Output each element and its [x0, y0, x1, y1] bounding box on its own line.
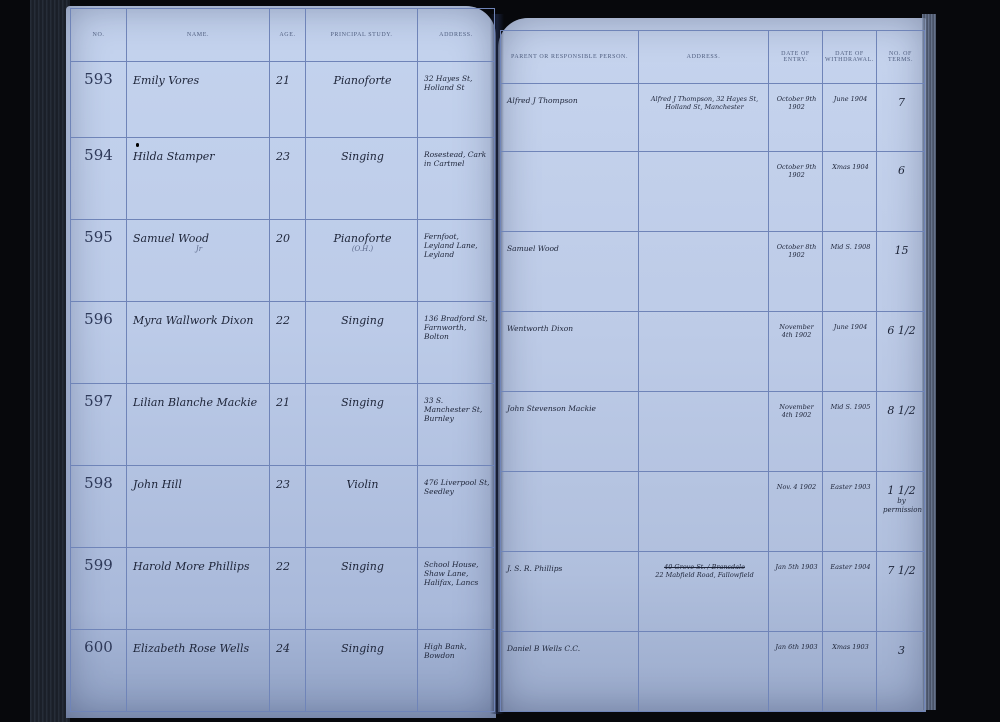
principal-study: Singing [341, 314, 384, 327]
parent-address: 22 Mabfield Road, Fallowfield [655, 571, 754, 579]
entry-number: 594 [71, 138, 127, 220]
parent-name: Wentworth Dixon [501, 312, 639, 392]
header-date-of-withdrawal: Date of Withdrawal. [823, 31, 877, 84]
no-of-terms-cell: 3 [877, 632, 925, 712]
header-principal-study: Principal Study. [306, 9, 418, 62]
student-name: Emily Vores [133, 74, 199, 87]
no-of-terms: 15 [895, 244, 909, 257]
right-page-register-table: Parent or Responsible Person. Address. D… [500, 30, 925, 712]
student-age: 23 [270, 466, 306, 548]
student-name-cell: John Hill [127, 466, 270, 548]
date-of-withdrawal: Easter 1903 [823, 472, 877, 552]
student-address: High Bank, Bowdon [418, 630, 495, 712]
header-no: No. [71, 9, 127, 62]
date-of-withdrawal: Easter 1904 [823, 552, 877, 632]
parent-address-cell [639, 152, 769, 232]
date-of-entry: October 8th 1902 [769, 232, 823, 312]
parent-address: Alfred J Thompson, 32 Hayes St, Holland … [651, 95, 758, 111]
parent-address-cell [639, 472, 769, 552]
student-address: 476 Liverpool St, Seedley [418, 466, 495, 548]
entry-number: 595 [71, 220, 127, 302]
principal-study-note: (O.H.) [312, 245, 413, 253]
no-of-terms-cell: 7 1/2 [877, 552, 925, 632]
student-name-suffix: Jr [133, 245, 265, 253]
date-of-withdrawal: Xmas 1903 [823, 632, 877, 712]
student-name-cell: Myra Wallwork Dixon [127, 302, 270, 384]
register-row-left: 596Myra Wallwork Dixon22Singing136 Bradf… [71, 302, 495, 384]
student-age: 20 [270, 220, 306, 302]
principal-study: Pianoforte [333, 74, 391, 87]
date-of-entry: November 4th 1902 [769, 392, 823, 472]
no-of-terms-note: by permission [883, 497, 920, 514]
register-row-right: Daniel B Wells C.C.Jan 6th 1903Xmas 1903… [501, 632, 925, 712]
principal-study-cell: Pianoforte(O.H.) [306, 220, 418, 302]
date-of-entry: Jan 6th 1903 [769, 632, 823, 712]
principal-study-cell: Singing [306, 384, 418, 466]
no-of-terms: 6 [898, 164, 905, 177]
no-of-terms-cell: 6 [877, 152, 925, 232]
student-name: Lilian Blanche Mackie [133, 396, 257, 409]
student-address: 136 Bradford St, Farnworth, Bolton [418, 302, 495, 384]
parent-name: John Stevenson Mackie [501, 392, 639, 472]
student-age: 24 [270, 630, 306, 712]
principal-study: Singing [341, 560, 384, 573]
student-name: Elizabeth Rose Wells [133, 642, 249, 655]
no-of-terms: 6 1/2 [887, 324, 915, 337]
student-age: 21 [270, 62, 306, 138]
no-of-terms-cell: 7 [877, 84, 925, 152]
header-name: Name. [127, 9, 270, 62]
student-age: 21 [270, 384, 306, 466]
date-of-withdrawal: Mid S. 1908 [823, 232, 877, 312]
principal-study-cell: Violin [306, 466, 418, 548]
student-age: 22 [270, 548, 306, 630]
entry-number: 599 [71, 548, 127, 630]
date-of-entry: October 9th 1902 [769, 84, 823, 152]
no-of-terms: 1 1/2 [887, 484, 915, 497]
student-address: 32 Hayes St, Holland St [418, 62, 495, 138]
principal-study: Singing [341, 396, 384, 409]
date-of-withdrawal: June 1904 [823, 84, 877, 152]
register-row-left: 593Emily Vores21Pianoforte32 Hayes St, H… [71, 62, 495, 138]
date-of-entry: November 4th 1902 [769, 312, 823, 392]
date-of-withdrawal: Xmas 1904 [823, 152, 877, 232]
student-address: 33 S. Manchester St, Burnley [418, 384, 495, 466]
no-of-terms-cell: 1 1/2by permission [877, 472, 925, 552]
entry-number: 597 [71, 384, 127, 466]
parent-name: J. S. R. Phillips [501, 552, 639, 632]
no-of-terms: 7 [898, 96, 905, 109]
principal-study-cell: Singing [306, 138, 418, 220]
register-row-left: 600Elizabeth Rose Wells24SingingHigh Ban… [71, 630, 495, 712]
student-age: 23 [270, 138, 306, 220]
parent-address-cell [639, 632, 769, 712]
principal-study-cell: Singing [306, 302, 418, 384]
left-header-row: No. Name. Age. Principal Study. Address. [71, 9, 495, 62]
no-of-terms-cell: 6 1/2 [877, 312, 925, 392]
date-of-entry: October 9th 1902 [769, 152, 823, 232]
principal-study-cell: Singing [306, 630, 418, 712]
header-no-of-terms: No. of Terms. [877, 31, 925, 84]
date-of-entry: Nov. 4 1902 [769, 472, 823, 552]
register-row-left: 595Samuel WoodJr20Pianoforte(O.H.)Fernfo… [71, 220, 495, 302]
entry-number: 593 [71, 62, 127, 138]
principal-study: Violin [346, 478, 378, 491]
entry-number: 600 [71, 630, 127, 712]
entry-number: 596 [71, 302, 127, 384]
parent-address-cell [639, 392, 769, 472]
parent-address-cell: 40 Grove St. / Bransdale22 Mabfield Road… [639, 552, 769, 632]
student-name-cell: Hilda Stamper [127, 138, 270, 220]
header-parent-address: Address. [639, 31, 769, 84]
register-row-left: 597Lilian Blanche Mackie21Singing33 S. M… [71, 384, 495, 466]
right-header-row: Parent or Responsible Person. Address. D… [501, 31, 925, 84]
student-name-cell: Elizabeth Rose Wells [127, 630, 270, 712]
entry-number: 598 [71, 466, 127, 548]
header-age: Age. [270, 9, 306, 62]
header-parent: Parent or Responsible Person. [501, 31, 639, 84]
student-name: Hilda Stamper [133, 150, 214, 163]
register-row-right: Nov. 4 1902Easter 19031 1/2by permission [501, 472, 925, 552]
register-row-right: J. S. R. Phillips40 Grove St. / Bransdal… [501, 552, 925, 632]
date-of-entry: Jan 5th 1903 [769, 552, 823, 632]
parent-name: Samuel Wood [501, 232, 639, 312]
parent-name [501, 152, 639, 232]
principal-study: Singing [341, 150, 384, 163]
parent-name [501, 472, 639, 552]
register-row-right: Wentworth DixonNovember 4th 1902June 190… [501, 312, 925, 392]
parent-address-cell [639, 232, 769, 312]
student-name-cell: Samuel WoodJr [127, 220, 270, 302]
parent-address-cell: Alfred J Thompson, 32 Hayes St, Holland … [639, 84, 769, 152]
student-address: Rosestead, Cark in Cartmel [418, 138, 495, 220]
parent-name: Alfred J Thompson [501, 84, 639, 152]
student-address: Fernfoot, Leyland Lane, Leyland [418, 220, 495, 302]
no-of-terms-cell: 15 [877, 232, 925, 312]
left-page-register-table: No. Name. Age. Principal Study. Address.… [70, 8, 495, 712]
register-row-right: Alfred J ThompsonAlfred J Thompson, 32 H… [501, 84, 925, 152]
book-page-edges-left [30, 0, 70, 722]
no-of-terms: 7 1/2 [887, 564, 915, 577]
principal-study-cell: Singing [306, 548, 418, 630]
student-name-cell: Emily Vores [127, 62, 270, 138]
principal-study-cell: Pianoforte [306, 62, 418, 138]
no-of-terms-cell: 8 1/2 [877, 392, 925, 472]
student-name-cell: Harold More Phillips [127, 548, 270, 630]
date-of-withdrawal: Mid S. 1905 [823, 392, 877, 472]
header-date-of-entry: Date of Entry. [769, 31, 823, 84]
principal-study: Singing [341, 642, 384, 655]
no-of-terms: 3 [898, 644, 905, 657]
parent-name: Daniel B Wells C.C. [501, 632, 639, 712]
register-row-left: 599Harold More Phillips22SingingSchool H… [71, 548, 495, 630]
student-name: Myra Wallwork Dixon [133, 314, 253, 327]
no-of-terms: 8 1/2 [887, 404, 915, 417]
parent-address-cell [639, 312, 769, 392]
date-of-withdrawal: June 1904 [823, 312, 877, 392]
register-row-right: October 9th 1902Xmas 19046 [501, 152, 925, 232]
register-row-right: Samuel WoodOctober 8th 1902Mid S. 190815 [501, 232, 925, 312]
register-row-left: 594Hilda Stamper23SingingRosestead, Cark… [71, 138, 495, 220]
student-age: 22 [270, 302, 306, 384]
header-address: Address. [418, 9, 495, 62]
student-name: John Hill [133, 478, 182, 491]
register-row-right: John Stevenson MackieNovember 4th 1902Mi… [501, 392, 925, 472]
principal-study: Pianoforte [333, 232, 391, 245]
student-name: Samuel Wood [133, 232, 209, 245]
register-row-left: 598John Hill23Violin476 Liverpool St, Se… [71, 466, 495, 548]
student-name: Harold More Phillips [133, 560, 249, 573]
student-address: School House, Shaw Lane, Halifax, Lancs [418, 548, 495, 630]
student-name-cell: Lilian Blanche Mackie [127, 384, 270, 466]
